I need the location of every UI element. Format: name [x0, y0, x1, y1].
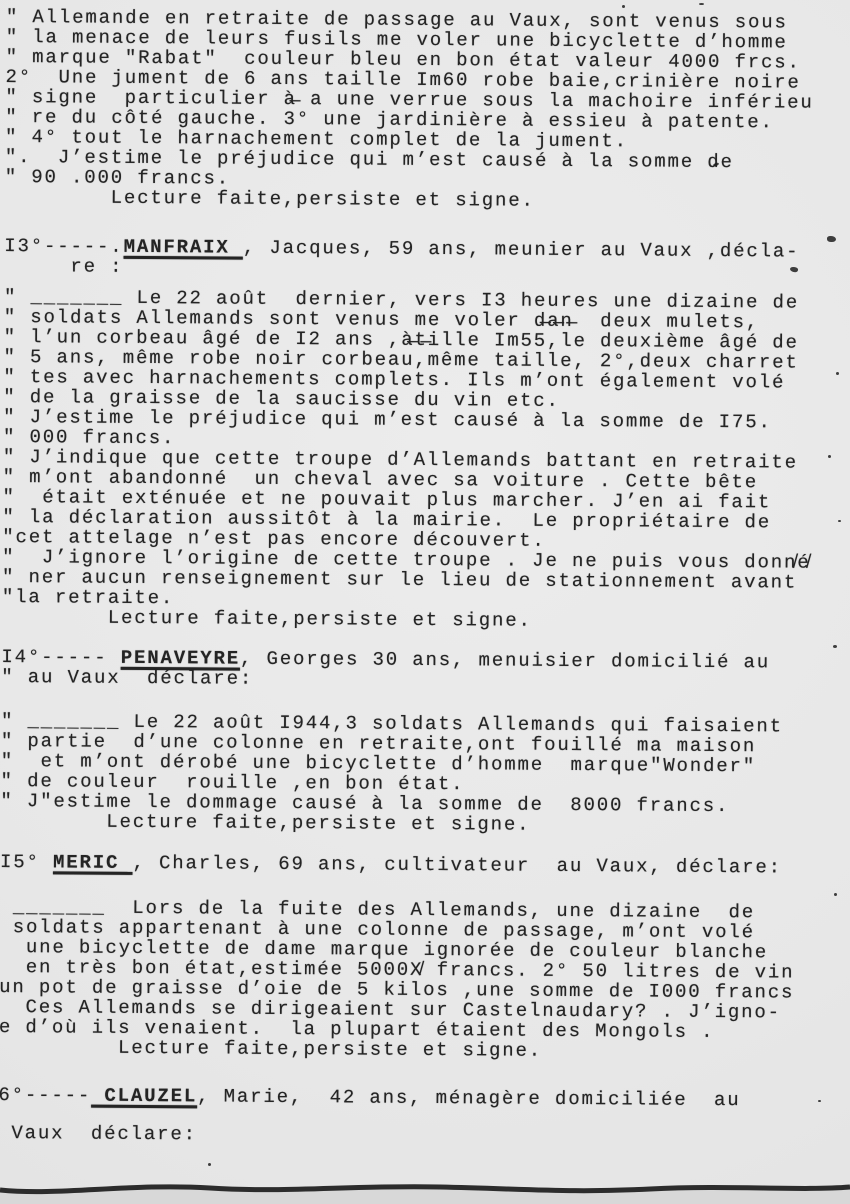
section-subheading: Vaux déclare: [0, 1123, 850, 1149]
ink-speck [838, 520, 841, 522]
page-bottom-edge-shadow [0, 1174, 850, 1204]
section-heading: I5° MERIC , Charles, 69 ans, cultivateur… [0, 852, 850, 878]
ink-speck [622, 5, 625, 8]
deposition-section-16: 6°----- CLAUZEL, Marie, 42 ans, ménagère… [0, 1085, 850, 1149]
scanned-typewritten-page: " Allemande en retraite de passage au Va… [0, 0, 850, 1204]
ink-speck [834, 893, 837, 896]
heading-rest: , Marie, 42 ans, ménagère domiciliée au [197, 1085, 740, 1111]
witness-name: MERIC [53, 851, 133, 874]
typed-text-block: " Allemande en retraite de passage au Va… [0, 7, 850, 1149]
heading-rest: , Jacques, 59 ans, meunier au Vaux ,décl… [243, 237, 800, 263]
ink-speck [833, 645, 837, 648]
ink-speck [836, 372, 839, 375]
ink-speck [818, 1100, 821, 1102]
witness-name: MANFRAIX [124, 236, 243, 259]
section-heading: 6°----- CLAUZEL, Marie, 42 ans, ménagère… [0, 1085, 850, 1111]
heading-rest: , Charles, 69 ans, cultivateur au Vaux, … [132, 852, 781, 879]
section-number: I5° [0, 851, 53, 873]
deposition-section-13: I3°-----.MANFRAIX , Jacques, 59 ans, meu… [2, 236, 850, 633]
deposition-section-14: I4°----- PENAVEYRE, Georges 30 ans, menu… [0, 647, 850, 837]
ink-speck [208, 1163, 211, 1166]
heading-rest: , Georges 30 ans, menuisier domicilié au [240, 648, 770, 674]
intro-paragraph: " Allemande en retraite de passage au Va… [5, 7, 850, 213]
section-number: 6°----- [0, 1084, 91, 1107]
witness-name: CLAUZEL [91, 1085, 197, 1108]
ink-speck [827, 236, 836, 242]
deposition-section-15: I5° MERIC , Charles, 69 ans, cultivateur… [0, 852, 850, 1063]
ink-speck [828, 455, 831, 458]
ink-speck [699, 3, 704, 5]
